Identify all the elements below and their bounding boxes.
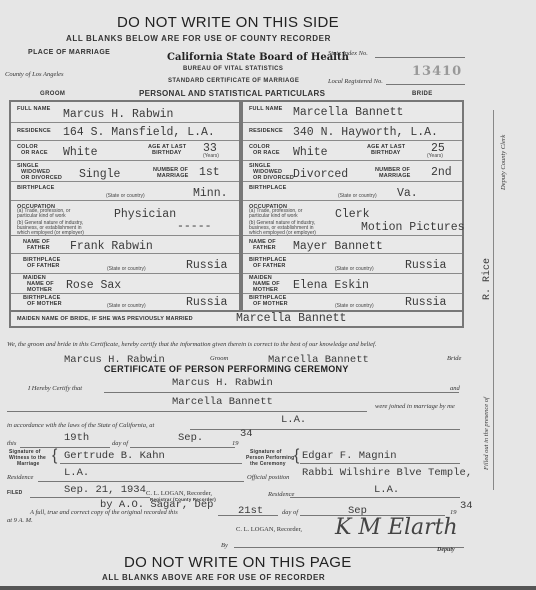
bride-heading: BRIDE — [412, 91, 433, 97]
groom-residence-row: RESIDENCE 164 S. Mansfield, L.A. — [11, 123, 239, 141]
label: the Ceremony — [250, 461, 286, 467]
recorder-label: C. L. LOGAN, Recorder, — [146, 490, 212, 497]
bride-name-row: FULL NAME Marcella Bannett — [243, 102, 462, 123]
groom-name-row: FULL NAME Marcus H. Rabwin — [11, 102, 239, 123]
line — [104, 392, 459, 393]
label: BIRTHDAY — [152, 150, 182, 156]
this-label: this — [7, 440, 16, 447]
by-label: By — [221, 542, 228, 549]
deputy-label: Deputy — [437, 547, 455, 553]
state-index-line — [375, 57, 465, 58]
label: FULL NAME — [249, 106, 282, 112]
groom-color-row: COLOR OR RACE White AGE AT LAST BIRTHDAY… — [11, 141, 239, 161]
time-label: at 9 A. M. — [7, 517, 33, 524]
label: particular kind of work — [249, 214, 298, 220]
local-registered-line — [386, 84, 465, 85]
bride-mother-birthplace-row: BIRTHPLACE OF MOTHER (State or country) … — [243, 294, 462, 310]
groom-occupation-row: OCCUPATION (a) Trade, profession, or par… — [11, 201, 239, 236]
certify-statement: We, the groom and bride in this Certific… — [7, 341, 376, 348]
groom-father-row: NAME OF FATHER Frank Rabwin — [11, 236, 239, 254]
label: (State or country) — [335, 303, 374, 309]
groom-occupation: Physician — [114, 208, 176, 221]
footer-notice: DO NOT WRITE ON THIS PAGE — [124, 554, 352, 571]
label: OR DIVORCED — [253, 175, 294, 181]
groom-residence: 164 S. Mansfield, L.A. — [63, 126, 215, 139]
ceremony-title: CERTIFICATE OF PERSON PERFORMING CEREMON… — [104, 364, 349, 374]
bride-color-row: COLOR OR RACE White AGE AT LAST BIRTHDAY… — [243, 141, 462, 161]
line — [190, 429, 460, 430]
groom-mother-birthplace: Russia — [186, 296, 227, 309]
bride-father-row: NAME OF FATHER Mayer Bannett — [243, 236, 462, 254]
brace: { — [52, 447, 57, 465]
label: MARRIAGE — [379, 173, 411, 179]
label: OR DIVORCED — [21, 175, 62, 181]
bride-maiden-row: MAIDEN NAME OF BRIDE, IF SHE WAS PREVIOU… — [9, 312, 464, 328]
label: particular kind of work — [17, 214, 66, 220]
groom-industry: ----- — [177, 220, 212, 233]
label: BIRTHPLACE — [17, 185, 54, 191]
bride-color: White — [293, 146, 328, 159]
label: MOTHER — [27, 287, 52, 293]
label: MAIDEN NAME OF BRIDE, IF SHE WAS PREVIOU… — [17, 316, 193, 322]
copy-year: 34 — [460, 500, 473, 512]
label: RESIDENCE — [249, 128, 283, 134]
top-sub-notice: ALL BLANKS BELOW ARE FOR USE OF COUNTY R… — [66, 34, 331, 43]
officiant-position: Rabbi Wilshire Blve Temple, — [302, 467, 472, 479]
bride-occupation: Clerk — [335, 208, 370, 221]
deputy-county-clerk-label: Deputy County Clerk — [500, 135, 507, 190]
marriage-certificate: DO NOT WRITE ON THIS SIDE ALL BLANKS BEL… — [0, 0, 536, 590]
bride-industry: Motion Pictures — [361, 221, 465, 234]
copy-text: A full, true and correct copy of the ori… — [30, 509, 178, 516]
label: BIRTHPLACE — [249, 185, 286, 191]
and-label: and — [450, 385, 460, 392]
joined-label: were joined in marriage by me — [375, 403, 455, 410]
bride-marriage-number: 2nd — [431, 166, 452, 179]
label: OR RACE — [253, 150, 280, 156]
label: (Years) — [427, 154, 443, 160]
ceremony-year: 34 — [240, 428, 253, 440]
line — [130, 447, 235, 448]
residence-label: Residence — [7, 474, 33, 481]
cert-title: STANDARD CERTIFICATE OF MARRIAGE — [168, 78, 299, 84]
bride-section: FULL NAME Marcella Bannett RESIDENCE 340… — [241, 100, 464, 312]
day-of-label: day of — [112, 440, 128, 447]
bride-mother-maiden: Elena Eskin — [293, 279, 369, 292]
label: (State or country) — [335, 266, 374, 272]
bottom-edge — [0, 586, 536, 590]
ceremony-party2: Marcella Bannett — [172, 396, 273, 408]
groom-marriage-number: 1st — [199, 166, 220, 179]
local-registered-number: 13410 — [412, 64, 462, 79]
place-of-marriage-label: PLACE OF MARRIAGE — [28, 49, 110, 56]
bride-birthplace-row: BIRTHPLACE (State or country) Va. — [243, 182, 462, 201]
label: Marriage — [17, 461, 39, 467]
groom-full-name: Marcus H. Rabwin — [63, 108, 173, 121]
bride-status-row: SINGLE WIDOWED OR DIVORCED Divorced NUMB… — [243, 161, 462, 182]
label: MOTHER — [253, 287, 278, 293]
ceremony-place: L.A. — [281, 414, 306, 426]
bride-residence: 340 N. Hayworth, L.A. — [293, 126, 438, 139]
bride-occupation-row: OCCUPATION (a) Trade, profession, or par… — [243, 201, 462, 236]
groom-color: White — [63, 146, 98, 159]
filed-label: FILED — [7, 490, 22, 496]
bride-status: Divorced — [293, 168, 348, 181]
officiant-signature: Edgar F. Magnin — [302, 450, 397, 462]
footer-sub-notice: ALL BLANKS ABOVE ARE FOR USE OF RECORDER — [102, 573, 325, 582]
groom-heading: GROOM — [40, 91, 65, 97]
line — [38, 481, 244, 482]
position-label: Official position — [247, 474, 289, 481]
line — [300, 463, 460, 464]
hereby-label: I Hereby Certify that — [28, 385, 82, 392]
bride-residence-row: RESIDENCE 340 N. Hayworth, L.A. — [243, 123, 462, 141]
bride-father-birthplace: Russia — [405, 259, 446, 272]
label: MARRIAGE — [157, 173, 189, 179]
line — [20, 447, 110, 448]
accordance-label: in accordance with the laws of the State… — [7, 422, 154, 429]
groom-father-birthplace-row: BIRTHPLACE OF FATHER (State or country) … — [11, 254, 239, 274]
groom-father-birthplace: Russia — [186, 259, 227, 272]
ceremony-day: 19th — [64, 432, 89, 444]
label: OF FATHER — [253, 263, 286, 269]
groom-section: FULL NAME Marcus H. Rabwin RESIDENCE 164… — [9, 100, 241, 312]
officiant-residence: L.A. — [374, 484, 399, 496]
copy-day: 21st — [238, 505, 263, 517]
witness-signature: Gertrude B. Kahn — [64, 450, 165, 462]
groom-father: Frank Rabwin — [70, 240, 153, 253]
line — [30, 497, 150, 498]
groom-birthplace-row: BIRTHPLACE (State or country) Minn. — [11, 182, 239, 201]
recorder-label-2: C. L. LOGAN, Recorder, — [236, 526, 302, 533]
groom-status-row: SINGLE WIDOWED OR DIVORCED Single NUMBER… — [11, 161, 239, 182]
line — [7, 411, 367, 412]
label: OF MOTHER — [253, 301, 288, 307]
bride-full-name: Marcella Bannett — [293, 106, 403, 119]
filled-out-label: Filled out in the presence of — [483, 397, 490, 470]
ceremony-party1: Marcus H. Rabwin — [172, 377, 273, 389]
label: (State or country) — [106, 193, 145, 199]
label: (Years) — [203, 154, 219, 160]
groom-birthplace: Minn. — [193, 187, 228, 200]
top-notice: DO NOT WRITE ON THIS SIDE — [117, 14, 339, 31]
bride-father: Mayer Bannett — [293, 240, 383, 253]
groom-mother-birthplace-row: BIRTHPLACE OF MOTHER (State or country) … — [11, 294, 239, 310]
brace: { — [294, 447, 299, 465]
label: (State or country) — [107, 266, 146, 272]
board-title: California State Board of Health — [167, 52, 349, 63]
label: FULL NAME — [17, 106, 50, 112]
groom-mother-row: MAIDEN NAME OF MOTHER Rose Sax — [11, 274, 239, 294]
bride-mother-birthplace: Russia — [405, 296, 446, 309]
copy-day-of: day of — [282, 509, 298, 516]
line — [234, 547, 464, 548]
label: FATHER — [253, 245, 276, 251]
line — [60, 463, 242, 464]
bride-sig-label: Bride — [447, 355, 461, 362]
bride-birthplace: Va. — [397, 187, 418, 200]
witness-residence: L.A. — [64, 467, 89, 479]
section-title: PERSONAL AND STATISTICAL PARTICULARS — [139, 89, 325, 98]
label: RESIDENCE — [17, 128, 51, 134]
year-prefix: 19 — [232, 440, 239, 447]
deputy-signature: K M Elarth — [335, 515, 458, 540]
groom-status: Single — [79, 168, 120, 181]
label: OR RACE — [21, 150, 48, 156]
label: OF FATHER — [27, 263, 60, 269]
label: FATHER — [27, 245, 50, 251]
label: (State or country) — [107, 303, 146, 309]
label: BIRTHDAY — [371, 150, 401, 156]
bride-father-birthplace-row: BIRTHPLACE OF FATHER (State or country) … — [243, 254, 462, 274]
filed-date: Sep. 21, 1934 — [64, 484, 146, 496]
label: (State or country) — [338, 193, 377, 199]
bureau-label: BUREAU OF VITAL STATISTICS — [183, 66, 283, 72]
state-index-label: State Index No. — [328, 50, 368, 57]
side-vertical-line — [493, 110, 494, 490]
bride-mother-row: MAIDEN NAME OF MOTHER Elena Eskin — [243, 274, 462, 294]
local-registered-label: Local Registered No. — [328, 78, 383, 85]
county-label: County of Los Angeles — [5, 71, 64, 78]
line — [290, 497, 460, 498]
label: OF MOTHER — [27, 301, 62, 307]
bride-maiden-name: Marcella Bannett — [236, 312, 346, 325]
groom-mother-maiden: Rose Sax — [66, 279, 121, 292]
ceremony-month: Sep. — [178, 432, 203, 444]
groom-sig-label: Groom — [210, 355, 228, 362]
clerk-name: R. Rice — [482, 258, 493, 300]
